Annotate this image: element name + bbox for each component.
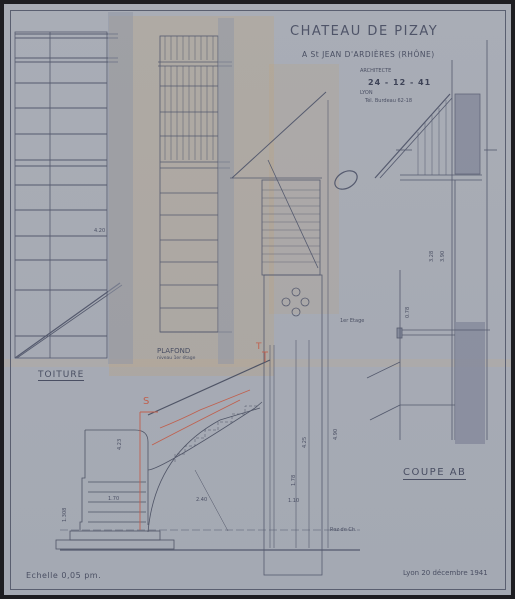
dim-upper-a: 3.28: [429, 251, 435, 262]
dim-vert-c: 1.78: [291, 475, 297, 486]
label-toiture: TOITURE: [38, 370, 84, 381]
dim-upper-c: 0.78: [405, 307, 411, 318]
label-rez-de-chaussee: Rez de Ch.: [330, 527, 357, 533]
architectural-drawing: [0, 0, 515, 599]
red-annotation-t: T: [256, 342, 262, 352]
stamp-city: LYON: [360, 90, 373, 96]
document-title: CHATEAU DE PIZAY: [290, 24, 438, 39]
dim-vert-d: 1.10: [288, 498, 299, 504]
red-annotations: [140, 352, 268, 530]
dim-curve: 2.40: [196, 497, 207, 503]
stamp-date: 24 - 12 - 41: [368, 78, 431, 87]
scale-label: Echelle 0,05 pm.: [26, 571, 101, 580]
place-date: Lyon 20 décembre 1941: [403, 569, 488, 577]
dim-stair-height: 4.23: [117, 439, 123, 450]
staircase-section: [56, 360, 270, 549]
dim-vert-b: 4.90: [333, 429, 339, 440]
dim-toiture-width: 4.20: [94, 228, 105, 234]
stamp-architect: ARCHITECTE: [360, 68, 391, 74]
dim-vert-a: 4.25: [302, 437, 308, 448]
stamp-phone: Tél. Burdeau 62-18: [365, 98, 412, 104]
section-lines: [60, 100, 360, 550]
toiture-plan: [15, 12, 133, 364]
dim-stair-width: 1.70: [108, 496, 119, 502]
label-plafond-sub: niveau 1er étage: [157, 356, 195, 361]
red-annotation-s: S: [143, 396, 149, 407]
document-subtitle: A St JEAN D'ARDIÈRES (RHÔNE): [302, 50, 435, 59]
label-etage: 1er Etage: [340, 318, 364, 324]
dim-upper-b: 3.90: [440, 251, 446, 262]
label-plafond: PLAFOND: [157, 347, 190, 355]
dim-stair-base: 1.308: [62, 508, 68, 522]
label-coupe-ab: COUPE AB: [403, 467, 466, 480]
plafond-plan: [158, 18, 234, 364]
